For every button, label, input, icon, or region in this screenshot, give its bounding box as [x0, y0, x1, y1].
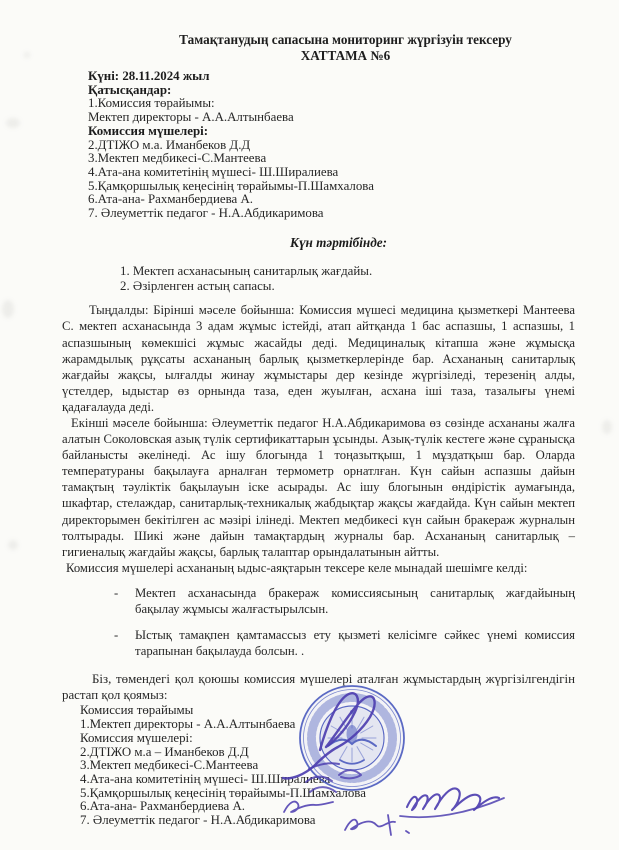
member-line: 7. Әлеуметтік педагог - Н.А.Абдикаримова [88, 207, 575, 221]
member-line: 5.Қамқоршылық кеңесінің төрайымы-П.Шамха… [88, 180, 575, 194]
scan-smudge [8, 540, 18, 550]
chair-label: 1.Комиссия төрайымы: [88, 97, 575, 111]
closing-member-line: 2.ДТІЖО м.а – Иманбеков Д.Д [80, 746, 575, 760]
decision-text: Ыстық тамақпен қамтамассыз ету қызметі к… [122, 627, 575, 659]
header-section: Күні: 28.11.2024 жыл Қатысқандар: 1.Коми… [88, 70, 575, 221]
paragraph-decision-intro: Комиссия мүшелері асхананың ыдыс-аяқтары… [62, 560, 575, 576]
agenda-heading: Күн тәртібінде: [62, 235, 575, 251]
members-label: Комиссия мүшелері: [88, 125, 575, 139]
dash-marker: - [114, 585, 122, 617]
closing-chair-label: Комиссия төрайымы [80, 704, 575, 718]
date-line: Күні: 28.11.2024 жыл [88, 70, 575, 84]
scan-smudge [2, 300, 14, 318]
closing-chair-line: 1.Мектеп директоры - А.А.Алтынбаева [80, 718, 575, 732]
document-body: Тамақтанудың сапасына мониторинг жүргізу… [62, 32, 575, 828]
chair-name: Мектеп директоры - А.А.Алтынбаева [88, 111, 575, 125]
decision-text: Мектеп асханасында бракераж комиссиясыны… [122, 585, 575, 617]
closing-member-line: 6.Ата-ана- Рахманбердиева А. [80, 800, 575, 814]
scan-smudge [602, 420, 612, 434]
member-line: 6.Ата-ана- Рахманбердиева А. [88, 193, 575, 207]
closing-section: Біз, төмендегі қол қоюшы комиссия мүшеле… [62, 672, 575, 828]
title-line-1: Тамақтанудың сапасына мониторинг жүргізу… [116, 32, 575, 48]
closing-member-line: 5.Қамқоршылық кеңесінің төрайымы-П.Шамха… [80, 787, 575, 801]
decision-item: - Мектеп асханасында бракераж комиссиясы… [62, 585, 575, 617]
decision-item: - Ыстық тамақпен қамтамассыз ету қызметі… [62, 627, 575, 659]
document-title: Тамақтанудың сапасына мониторинг жүргізу… [62, 32, 575, 64]
scanned-protocol-document: Тамақтанудың сапасына мониторинг жүргізу… [0, 0, 619, 850]
member-line: 4.Ата-ана комитетінің мүшесі- Ш.Ширалиев… [88, 166, 575, 180]
paragraph-second-issue: Екінші мәселе бойынша: Әлеуметтік педаго… [62, 415, 575, 560]
closing-signature-list: Комиссия төрайымы 1.Мектеп директоры - А… [80, 704, 575, 827]
scan-smudge [6, 118, 20, 128]
agenda-item: 1. Мектеп асханасының санитарлық жағдайы… [120, 264, 575, 279]
scan-smudge [24, 52, 30, 58]
closing-paragraph: Біз, төмендегі қол қоюшы комиссия мүшеле… [62, 672, 575, 703]
closing-members-label: Комиссия мүшелері: [80, 732, 575, 746]
minutes-paragraphs: Тыңдалды: Бірінші мәселе бойынша: Комисс… [62, 302, 575, 576]
member-line: 3.Мектеп медбикесі-С.Мантеева [88, 152, 575, 166]
participants-label: Қатысқандар: [88, 84, 575, 98]
closing-member-line: 7. Әлеуметтік педагог - Н.А.Абдикаримова [80, 814, 575, 828]
member-line: 2.ДТІЖО м.а. Иманбеков Д.Д [88, 139, 575, 153]
dash-marker: - [114, 627, 122, 659]
paragraph-first-issue: Тыңдалды: Бірінші мәселе бойынша: Комисс… [62, 302, 575, 415]
closing-member-line: 4.Ата-ана комитетінің мүшесі- Ш.Ширалиев… [80, 773, 575, 787]
agenda-item: 2. Әзірленген астың сапасы. [120, 279, 575, 294]
title-line-2: ХАТТАМА №6 [116, 48, 575, 64]
agenda-list: 1. Мектеп асханасының санитарлық жағдайы… [120, 264, 575, 294]
closing-member-line: 3.Мектеп медбикесі-С.Мантеева [80, 759, 575, 773]
decision-list: - Мектеп асханасында бракераж комиссиясы… [62, 585, 575, 659]
